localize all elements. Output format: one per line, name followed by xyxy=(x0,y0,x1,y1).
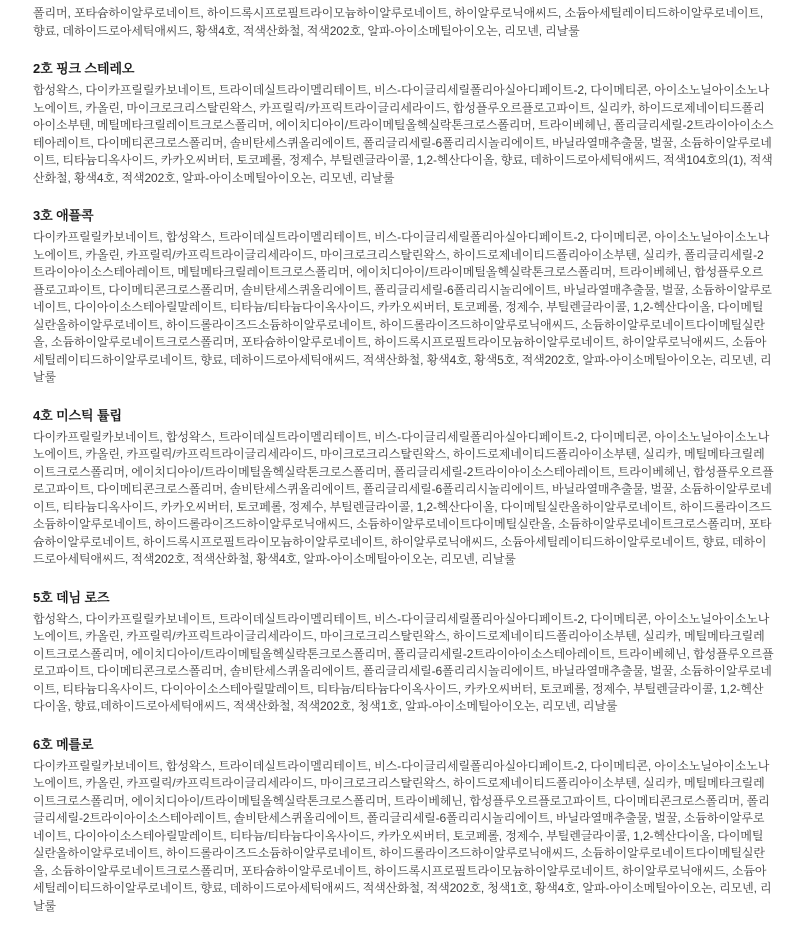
shade-title: 3호 애플콕 xyxy=(33,208,774,224)
shade-title: 2호 핑크 스테레오 xyxy=(33,61,774,77)
shade-title: 6호 메를로 xyxy=(33,737,774,753)
shade-section-pink-stereo: 2호 핑크 스테레오 합성왁스, 다이카프릴릴카보네이트, 트라이데실트라이멜리… xyxy=(33,61,774,187)
shade-section-denim-rose: 5호 데님 로즈 합성왁스, 다이카프릴릴카보네이트, 트라이데실트라이멜리테이… xyxy=(33,590,774,716)
ingredient-list: 다이카프릴릴카보네이트, 합성왁스, 트라이데실트라이멜리테이트, 비스-다이글… xyxy=(33,758,774,916)
shade-section-apple-cork: 3호 애플콕 다이카프릴릴카보네이트, 합성왁스, 트라이데실트라이멜리테이트,… xyxy=(33,208,774,387)
ingredient-document: 폴리머, 포타슘하이알루로네이트, 하이드록시프로필트라이모늄하이알루로네이트,… xyxy=(0,0,800,945)
ingredient-list: 합성왁스, 다이카프릴릴카보네이트, 트라이데실트라이멜리테이트, 비스-다이글… xyxy=(33,82,774,187)
shade-section-mystic-tulip: 4호 미스틱 튤립 다이카프릴릴카보네이트, 합성왁스, 트라이데실트라이멜리테… xyxy=(33,408,774,569)
ingredient-list: 다이카프릴릴카보네이트, 합성왁스, 트라이데실트라이멜리테이트, 비스-다이글… xyxy=(33,229,774,387)
intro-ingredient-list-continued: 폴리머, 포타슘하이알루로네이트, 하이드록시프로필트라이모늄하이알루로네이트,… xyxy=(33,5,774,40)
ingredient-list: 다이카프릴릴카보네이트, 합성왁스, 트라이데실트라이멜리테이트, 비스-다이글… xyxy=(33,429,774,569)
ingredient-list: 합성왁스, 다이카프릴릴카보네이트, 트라이데실트라이멜리테이트, 비스-다이글… xyxy=(33,611,774,716)
shade-title: 4호 미스틱 튤립 xyxy=(33,408,774,424)
shade-title: 5호 데님 로즈 xyxy=(33,590,774,606)
shade-section-merlot: 6호 메를로 다이카프릴릴카보네이트, 합성왁스, 트라이데실트라이멜리테이트,… xyxy=(33,737,774,916)
